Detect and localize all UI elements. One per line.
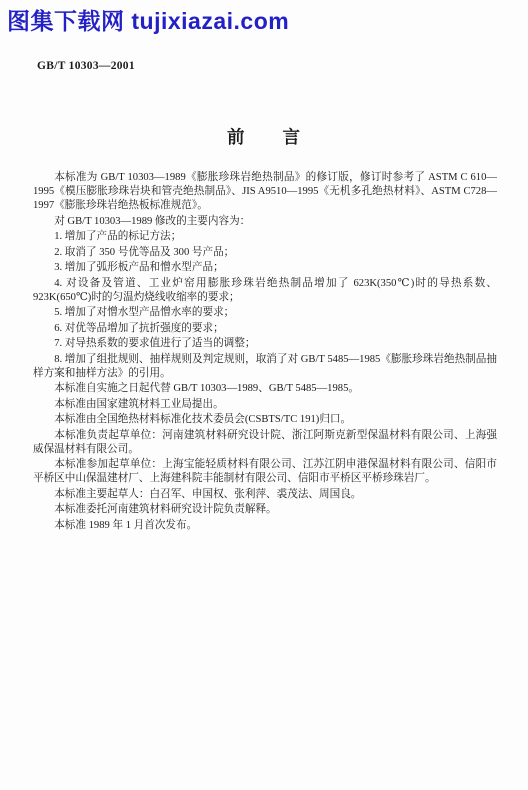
foreword-body: 本标准为 GB/T 10303—1989《膨胀珍珠岩绝热制品》的修订版，修订时参… [33, 171, 497, 534]
body-paragraph: 2. 取消了 350 号优等品及 300 号产品； [33, 246, 497, 260]
body-paragraph: 本标准由国家建筑材料工业局提出。 [33, 398, 497, 412]
page-title: 前 言 [0, 124, 528, 149]
body-paragraph: 本标准 1989 年 1 月首次发布。 [33, 519, 497, 533]
body-paragraph: 本标准委托河南建筑材料研究设计院负责解释。 [33, 503, 497, 517]
standard-number: GB/T 10303—2001 [37, 60, 135, 72]
body-paragraph: 6. 对优等品增加了抗折强度的要求； [33, 322, 497, 336]
body-paragraph: 8. 增加了组批规则、抽样规则及判定规则，取消了对 GB/T 5485—1985… [33, 353, 497, 381]
watermark-site-text: 图集下载网 tujixiazai.com [7, 3, 289, 36]
body-paragraph: 本标准参加起草单位：上海宝能轻质材料有限公司、江苏江阴申港保温材料有限公司、信阳… [33, 458, 497, 486]
body-paragraph: 3. 增加了弧形板产品和憎水型产品； [33, 261, 497, 275]
body-paragraph: 4. 对设备及管道、工业炉窑用膨胀珍珠岩绝热制品增加了 623K(350℃)时的… [33, 277, 497, 305]
document-page: 图集下载网 tujixiazai.com GB/T 10303—2001 前 言… [0, 0, 528, 790]
body-paragraph: 本标准为 GB/T 10303—1989《膨胀珍珠岩绝热制品》的修订版，修订时参… [33, 171, 497, 213]
body-paragraph: 7. 对导热系数的要求值进行了适当的调整； [33, 337, 497, 351]
body-paragraph: 本标准负责起草单位：河南建筑材料研究设计院、浙江阿斯克新型保温材料有限公司、上海… [33, 429, 497, 457]
body-paragraph: 1. 增加了产品的标记方法； [33, 230, 497, 244]
body-paragraph: 5. 增加了对憎水型产品憎水率的要求； [33, 306, 497, 320]
body-paragraph: 本标准主要起草人：白召军、申国权、张利萍、裘茂法、周国良。 [33, 488, 497, 502]
body-paragraph: 对 GB/T 10303—1989 修改的主要内容为： [33, 215, 497, 229]
body-paragraph: 本标准自实施之日起代替 GB/T 10303—1989、GB/T 5485—19… [33, 382, 497, 396]
body-paragraph: 本标准由全国绝热材料标准化技术委员会(CSBTS/TC 191)归口。 [33, 413, 497, 427]
